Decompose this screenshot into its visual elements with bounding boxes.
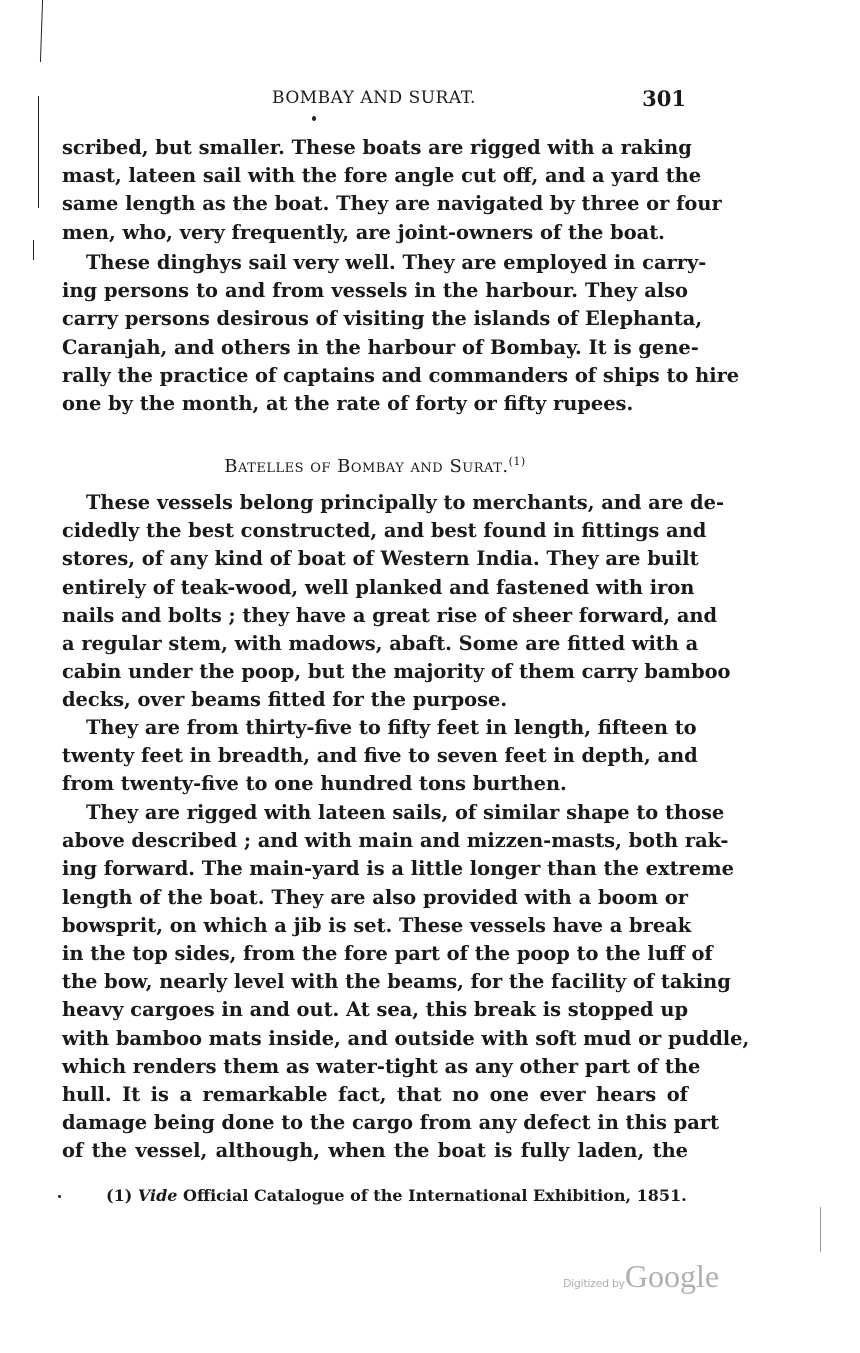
text-line: ing forward. The main-yard is a little l… (62, 855, 688, 883)
text-line: heavy cargoes in and out. At sea, this b… (62, 996, 688, 1024)
text-line: scribed, but smaller. These boats are ri… (62, 134, 688, 162)
page-number: 301 (642, 86, 686, 111)
section-heading: Batelles of Bombay and Surat.(1) (62, 455, 688, 477)
text-line: rally the practice of captains and comma… (62, 362, 688, 390)
text-line: of the vessel, although, when the boat i… (62, 1137, 688, 1165)
print-speck (312, 116, 316, 121)
text-line: length of the boat. They are also provid… (62, 884, 688, 912)
scan-edge-mark (820, 1207, 821, 1252)
text-line: the bow, nearly level with the beams, fo… (62, 968, 688, 996)
text-line: carry persons desirous of visiting the i… (62, 305, 688, 333)
text-line: in the top sides, from the fore part of … (62, 940, 688, 968)
text-line: decks, over beams fitted for the purpose… (62, 686, 688, 714)
paragraph: These vessels belong principally to merc… (62, 489, 688, 715)
text-line: These dinghys sail very well. They are e… (62, 249, 688, 277)
paragraph: They are rigged with lateen sails, of si… (62, 799, 688, 1165)
text-line: stores, of any kind of boat of Western I… (62, 545, 688, 573)
text-line: These vessels belong principally to merc… (62, 489, 688, 517)
text-line: from twenty-five to one hundred tons bur… (62, 770, 688, 798)
running-head-title: BOMBAY AND SURAT. (62, 88, 686, 108)
paragraph: These dinghys sail very well. They are e… (62, 249, 688, 418)
text-line: ing persons to and from vessels in the h… (62, 277, 688, 305)
footnote-marker: (1) (106, 1186, 132, 1205)
text-line: cabin under the poop, but the majority o… (62, 658, 688, 686)
text-line: twenty feet in breadth, and five to seve… (62, 742, 688, 770)
text-line: mast, lateen sail with the fore angle cu… (62, 162, 688, 190)
text-line: bowsprit, on which a jib is set. These v… (62, 912, 688, 940)
paragraph: scribed, but smaller. These boats are ri… (62, 134, 688, 247)
print-speck (58, 1195, 61, 1198)
text-line: above described ; and with main and mizz… (62, 827, 688, 855)
text-line: nails and bolts ; they have a great rise… (62, 602, 688, 630)
footnote-italic: Vide (138, 1186, 178, 1205)
scan-edge-mark (40, 0, 43, 62)
text-line: men, who, very frequently, are joint-own… (62, 219, 688, 247)
paragraph: They are from thirty-five to fifty feet … (62, 714, 688, 799)
text-line: with bamboo mats inside, and outside wit… (62, 1025, 688, 1053)
text-line: damage being done to the cargo from any … (62, 1109, 688, 1137)
watermark-prefix: Digitized by (563, 1277, 625, 1290)
footnote-ref: (1) (509, 455, 526, 468)
text-line: They are rigged with lateen sails, of si… (62, 799, 688, 827)
scan-edge-mark (33, 240, 34, 260)
text-line: Caranjah, and others in the harbour of B… (62, 334, 688, 362)
footnote: (1) Vide Official Catalogue of the Inter… (106, 1186, 687, 1205)
footnote-text: Official Catalogue of the International … (183, 1186, 687, 1205)
text-line: They are from thirty-five to fifty feet … (62, 714, 688, 742)
section-heading-text: Batelles of Bombay and Surat. (224, 456, 508, 477)
text-line: hull. It is a remarkable fact, that no o… (62, 1081, 688, 1109)
digitized-watermark: Digitized byGoogle (563, 1258, 719, 1295)
running-head: BOMBAY AND SURAT. 301 (62, 88, 686, 112)
text-line: same length as the boat. They are naviga… (62, 190, 688, 218)
google-logo: Google (625, 1258, 719, 1294)
text-line: cidedly the best constructed, and best f… (62, 517, 688, 545)
text-line: one by the month, at the rate of forty o… (62, 390, 688, 418)
text-line: a regular stem, with madows, abaft. Some… (62, 630, 688, 658)
text-line: which renders them as water-tight as any… (62, 1053, 688, 1081)
scan-edge-mark (38, 96, 39, 208)
text-line: entirely of teak-wood, well planked and … (62, 574, 688, 602)
